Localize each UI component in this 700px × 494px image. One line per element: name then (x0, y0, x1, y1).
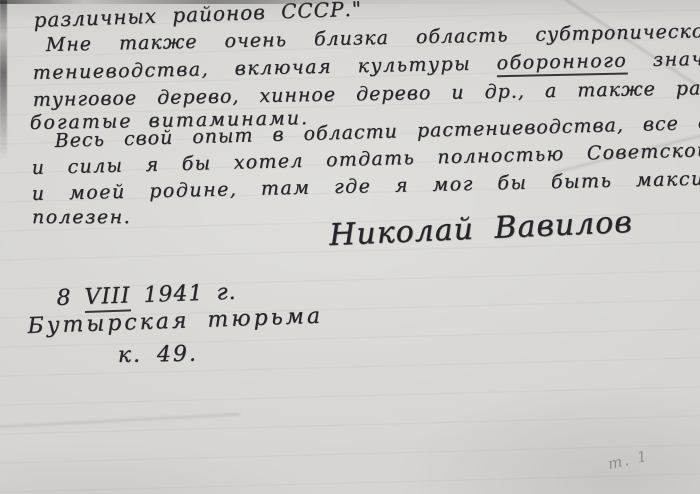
underlined-word: оборонного (496, 50, 627, 78)
line-text: тениеводства, включая культуры (33, 52, 497, 84)
document-photo: различных районов СССР." Мне также очень… (0, 0, 700, 494)
date-year: 1941 г. (130, 280, 237, 309)
date-day: 8 (56, 285, 85, 311)
cell-number-line: к. 49. (118, 342, 199, 368)
handwritten-line: полезен. (32, 206, 131, 228)
paper-crease (0, 413, 240, 428)
line-text: значения, как (627, 45, 700, 71)
corner-pencil-mark: т. 1 (606, 447, 650, 473)
signature: Николай Вавилов (328, 205, 633, 253)
date-month-roman: VIII (84, 283, 131, 313)
photo-left-edge-shadow (0, 0, 7, 160)
date-line: 8 VIII 1941 г. (56, 280, 237, 311)
handwritten-line-top-fragment: различных районов СССР." (33, 0, 362, 32)
